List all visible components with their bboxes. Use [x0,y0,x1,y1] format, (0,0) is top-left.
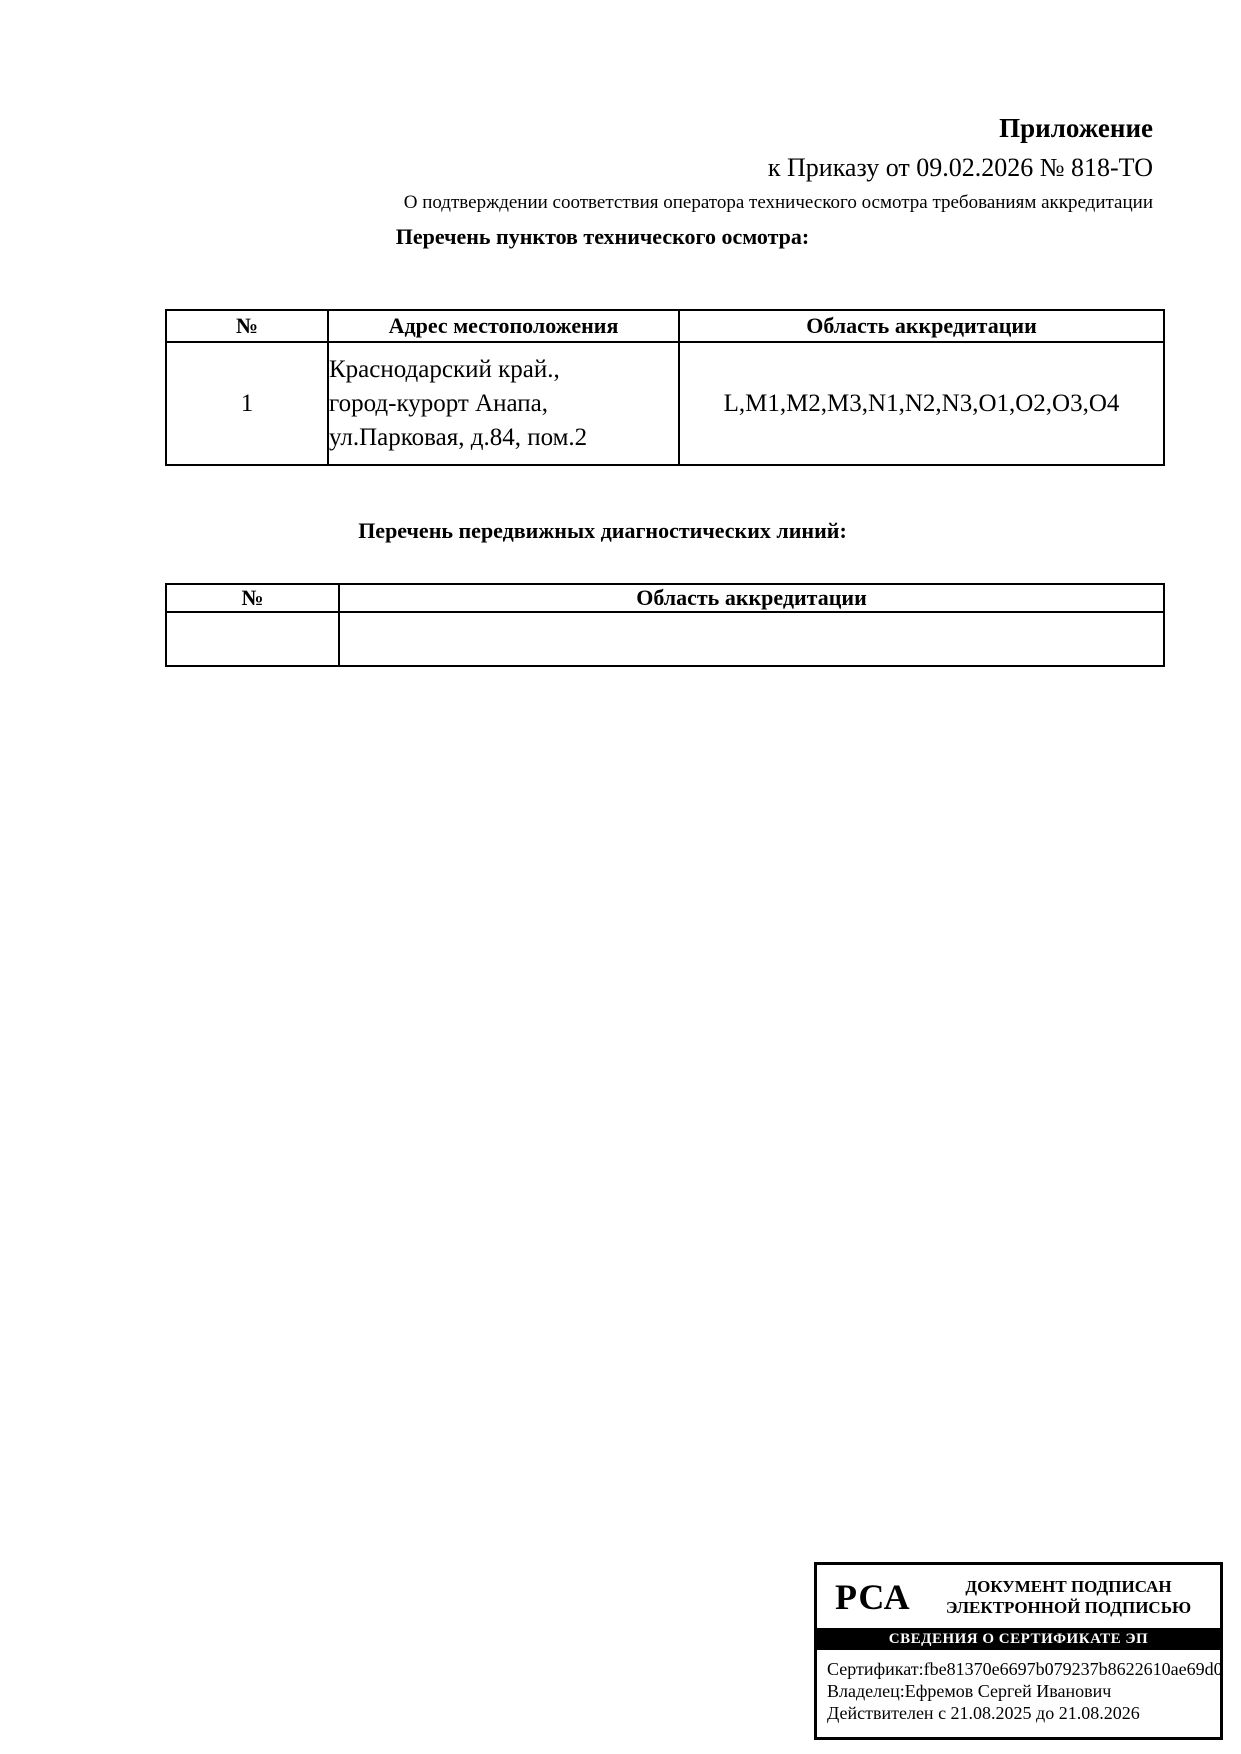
certificate-info-header: СВЕДЕНИЯ О СЕРТИФИКАТЕ ЭП [817,1628,1220,1650]
certificate-owner: Владелец:Ефремов Сергей Иванович [827,1680,1216,1702]
stamp-header: РСА ДОКУМЕНТ ПОДПИСАН ЭЛЕКТРОННОЙ ПОДПИС… [817,1565,1220,1628]
mobile-lines-table: № Область аккредитации [165,583,1165,667]
accreditation-scope-cell: L,M1,M2,M3,N1,N2,N3,O1,O2,O3,O4 [679,342,1164,465]
signed-statement-line1: ДОКУМЕНТ ПОДПИСАН [931,1576,1206,1597]
table-row-empty [166,612,1164,666]
address-line: ул.Парковая, д.84, пом.2 [329,421,678,455]
row-number-cell [166,612,339,666]
document-header: Приложение к Приказу от 09.02.2026 № 818… [404,108,1153,218]
col-header-accreditation: Область аккредитации [339,584,1164,612]
address-line: Краснодарский край., [329,353,678,387]
rsa-logo: РСА [817,1576,931,1618]
certificate-number: Сертификат:fbe81370e6697b079237b8622610a… [827,1658,1216,1680]
accreditation-scope-cell [339,612,1164,666]
table-row: 1 Краснодарский край., город-курорт Анап… [166,342,1164,465]
table-header-row: № Область аккредитации [166,584,1164,612]
section-title-inspection-points: Перечень пунктов технического осмотра: [165,224,1040,250]
order-reference: к Приказу от 09.02.2026 № 818-ТО [404,148,1153,188]
certificate-validity: Действителен с 21.08.2025 до 21.08.2026 [827,1702,1216,1724]
inspection-points-table: № Адрес местоположения Область аккредита… [165,309,1165,466]
table-header-row: № Адрес местоположения Область аккредита… [166,310,1164,342]
document-page: Приложение к Приказу от 09.02.2026 № 818… [0,0,1241,1754]
col-header-accreditation: Область аккредитации [679,310,1164,342]
order-subject: О подтверждении соответствия оператора т… [404,188,1153,218]
col-header-number: № [166,310,328,342]
signed-statement-line2: ЭЛЕКТРОННОЙ ПОДПИСЬЮ [931,1597,1206,1618]
signed-statement: ДОКУМЕНТ ПОДПИСАН ЭЛЕКТРОННОЙ ПОДПИСЬЮ [931,1576,1220,1618]
col-header-address: Адрес местоположения [328,310,679,342]
signature-stamp: РСА ДОКУМЕНТ ПОДПИСАН ЭЛЕКТРОННОЙ ПОДПИС… [814,1562,1223,1740]
appendix-label: Приложение [404,108,1153,148]
address-cell: Краснодарский край., город-курорт Анапа,… [328,342,679,465]
certificate-info: Сертификат:fbe81370e6697b079237b8622610a… [817,1650,1220,1724]
section-title-mobile-lines: Перечень передвижных диагностических лин… [165,518,1040,544]
col-header-number: № [166,584,339,612]
row-number-cell: 1 [166,342,328,465]
address-line: город-курорт Анапа, [329,387,678,421]
